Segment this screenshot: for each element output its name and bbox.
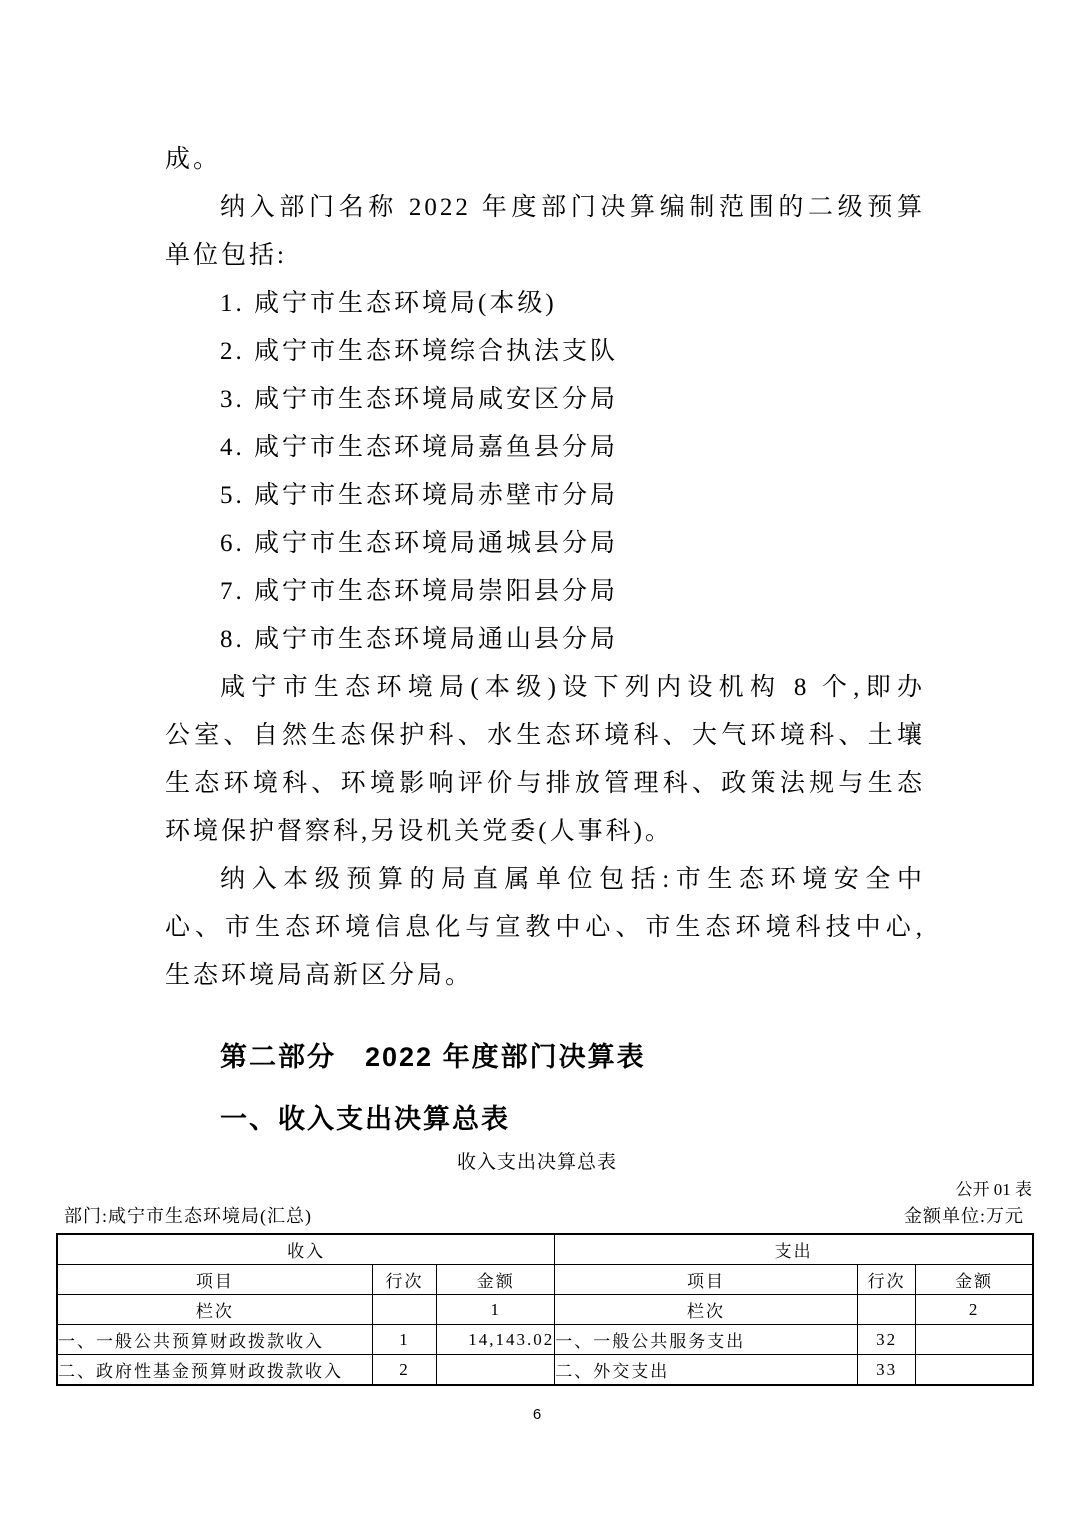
unit-list-item: 8. 咸宁市生态环境局通山县分局	[165, 616, 925, 664]
amount-unit-label: 金额单位:万元	[904, 1202, 1034, 1230]
table-cell: 栏次	[57, 1295, 372, 1325]
income-expenditure-table: 收入 支出 项目 行次 金额 项目 行次 金额 栏次 1 栏次 2 一、一般公共…	[56, 1233, 1034, 1386]
unit-list-item: 5. 咸宁市生态环境局赤壁市分局	[165, 472, 925, 520]
table-cell: 14,143.02	[437, 1325, 555, 1355]
table-row: 一、一般公共预算财政拨款收入 1 14,143.02 一、一般公共服务支出 32	[57, 1325, 1033, 1355]
scope-paragraph-line-1: 纳入部门名称 2022 年度部门决算编制范围的二级预算	[165, 184, 925, 232]
income-group-header: 收入	[57, 1234, 555, 1265]
table-column-header-row: 项目 行次 金额 项目 行次 金额	[57, 1265, 1033, 1295]
table-cell: 2	[372, 1355, 436, 1386]
org-paragraph-line-2: 公室、自然生态保护科、水生态环境科、大气环境科、土壤	[165, 712, 925, 760]
unit-list-item: 4. 咸宁市生态环境局嘉鱼县分局	[165, 424, 925, 472]
direct-units-paragraph-line-1: 纳入本级预算的局直属单位包括:市生态环境安全中	[165, 856, 925, 904]
table-cell: 1	[372, 1325, 436, 1355]
table-row: 栏次 1 栏次 2	[57, 1295, 1033, 1325]
page-number: 6	[0, 1402, 1074, 1428]
direct-units-paragraph-line-3: 生态环境局高新区分局。	[165, 952, 925, 1000]
table-cell: 33	[857, 1355, 916, 1386]
unit-list-item: 1. 咸宁市生态环境局(本级)	[165, 280, 925, 328]
direct-units-paragraph-line-2: 心、市生态环境信息化与宣教中心、市生态环境科技中心,	[165, 904, 925, 952]
table-cell: 二、外交支出	[555, 1355, 858, 1386]
table-cell: 1	[437, 1295, 555, 1325]
table-cell: 栏次	[555, 1295, 858, 1325]
section-heading-part2: 第二部分 2022 年度部门决算表	[165, 1026, 925, 1088]
statement-meta-row: 部门:咸宁市生态环境局(汇总) 金额单位:万元	[56, 1202, 1034, 1230]
table-cell: 32	[857, 1325, 916, 1355]
table-cell	[916, 1325, 1033, 1355]
table-cell: 一、一般公共服务支出	[555, 1325, 858, 1355]
org-paragraph-line-3: 生态环境科、环境影响评价与排放管理科、政策法规与生态	[165, 760, 925, 808]
unit-list-item: 7. 咸宁市生态环境局崇阳县分局	[165, 568, 925, 616]
table-group-header-row: 收入 支出	[57, 1234, 1033, 1265]
unit-list-item: 3. 咸宁市生态环境局咸安区分局	[165, 376, 925, 424]
department-label: 部门:咸宁市生态环境局(汇总)	[56, 1202, 312, 1230]
table-index-heading: 一、收入支出决算总表	[165, 1088, 925, 1150]
table-cell: 二、政府性基金预算财政拨款收入	[57, 1355, 372, 1386]
expenditure-group-header: 支出	[555, 1234, 1033, 1265]
table-cell	[372, 1295, 436, 1325]
statement-title: 收入支出决算总表	[0, 1148, 1074, 1178]
column-header: 项目	[57, 1265, 372, 1295]
column-header: 金额	[916, 1265, 1033, 1295]
statement-table-code: 公开 01 表	[56, 1178, 1034, 1202]
column-header: 行次	[372, 1265, 436, 1295]
unit-list-item: 2. 咸宁市生态环境综合执法支队	[165, 328, 925, 376]
table-cell	[857, 1295, 916, 1325]
paragraph-continuation-line: 成。	[165, 136, 925, 184]
scope-paragraph-line-2: 单位包括:	[165, 232, 925, 280]
org-paragraph-line-1: 咸宁市生态环境局(本级)设下列内设机构 8 个,即办	[165, 664, 925, 712]
document-page: 成。 纳入部门名称 2022 年度部门决算编制范围的二级预算 单位包括: 1. …	[0, 0, 1074, 1520]
table-cell: 2	[916, 1295, 1033, 1325]
table-row: 二、政府性基金预算财政拨款收入 2 二、外交支出 33	[57, 1355, 1033, 1386]
org-paragraph-line-4: 环境保护督察科,另设机关党委(人事科)。	[165, 808, 925, 856]
table-cell: 一、一般公共预算财政拨款收入	[57, 1325, 372, 1355]
column-header: 行次	[857, 1265, 916, 1295]
column-header: 金额	[437, 1265, 555, 1295]
table-cell	[916, 1355, 1033, 1386]
column-header: 项目	[555, 1265, 858, 1295]
unit-list-item: 6. 咸宁市生态环境局通城县分局	[165, 520, 925, 568]
table-cell	[437, 1355, 555, 1386]
body-text-block: 成。 纳入部门名称 2022 年度部门决算编制范围的二级预算 单位包括: 1. …	[165, 136, 925, 1150]
